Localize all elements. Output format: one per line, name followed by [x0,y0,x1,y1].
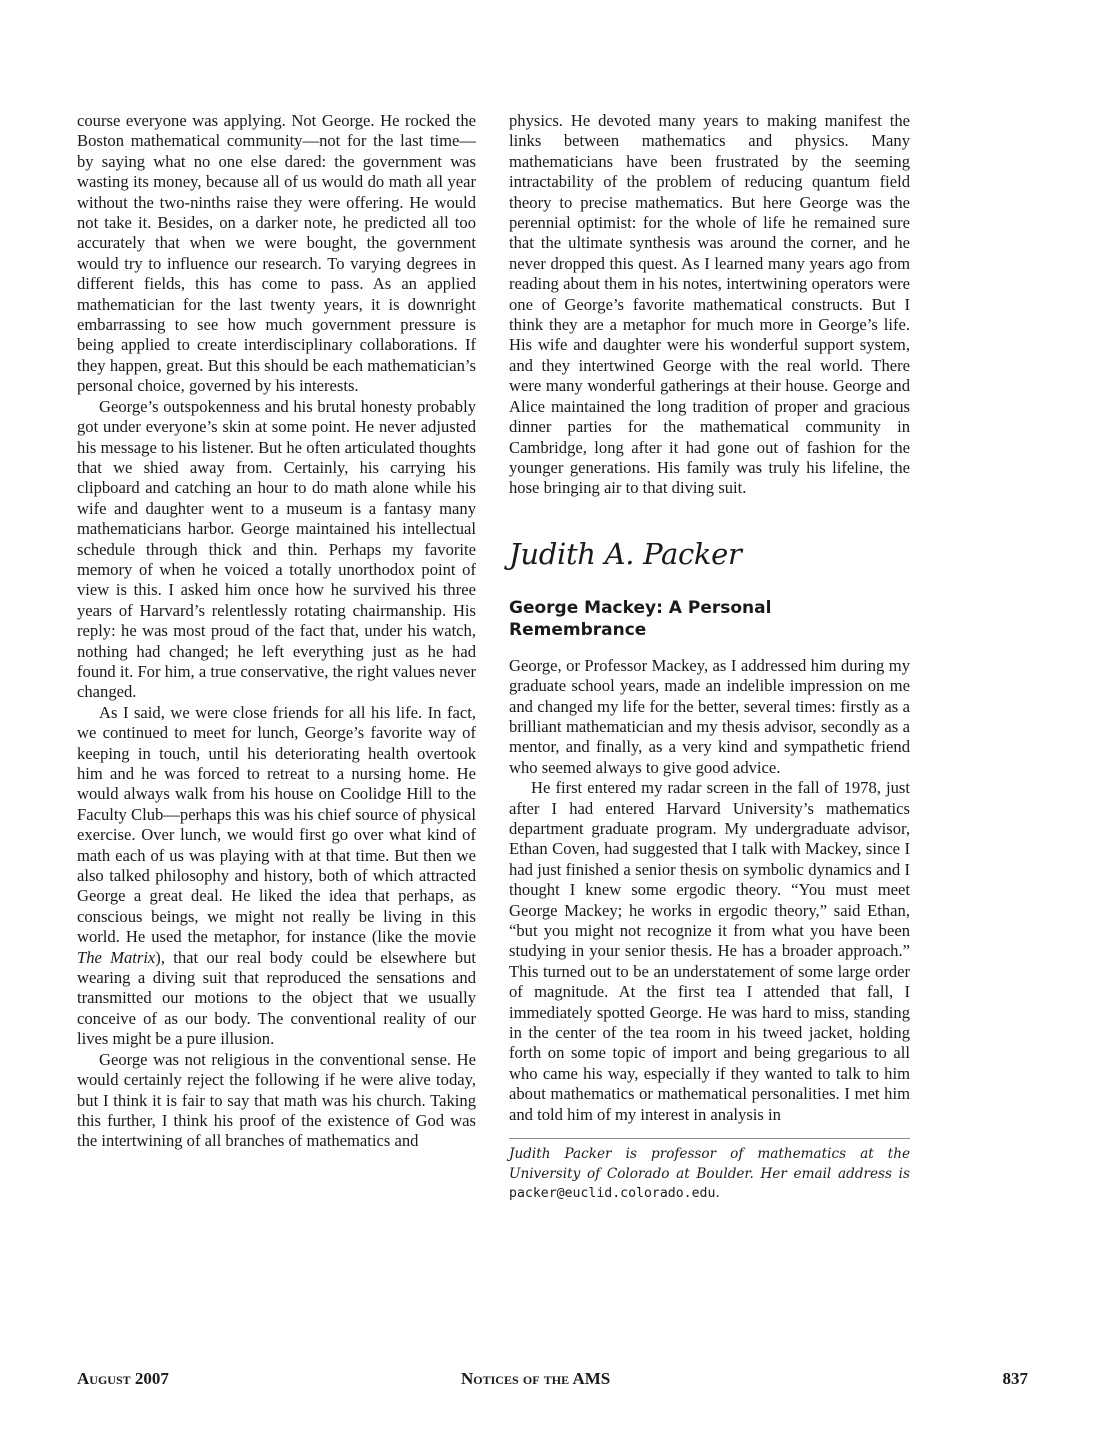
email-link[interactable]: packer@euclid.colorado.edu [509,1186,715,1201]
page-number: 837 [1003,1369,1029,1389]
left-column: course everyone was applying. Not George… [77,111,476,1152]
journal-name: Notices of the AMS [461,1369,610,1389]
author-footnote: Judith Packer is professor of mathematic… [509,1145,910,1204]
footnote-end: . [715,1185,719,1201]
issue-date: August 2007 [77,1369,169,1389]
body-paragraph: course everyone was applying. Not George… [77,111,476,397]
body-paragraph: George’s outspokenness and his brutal ho… [77,397,476,703]
body-paragraph: He first entered my radar screen in the … [509,778,910,1125]
article-title: George Mackey: A Personal Remembrance [509,597,910,641]
body-paragraph: physics. He devoted many years to making… [509,111,910,499]
article-body: George, or Professor Mackey, as I addres… [509,656,910,1125]
body-paragraph: George was not religious in the conventi… [77,1050,476,1152]
movie-title: The Matrix [77,948,155,967]
body-paragraph: George, or Professor Mackey, as I addres… [509,656,910,778]
footnote-divider [509,1138,910,1139]
author-heading: Judith A. Packer [509,537,910,571]
right-column: physics. He devoted many years to making… [509,111,910,1204]
footnote-text: Judith Packer is professor of mathematic… [509,1146,910,1182]
page-footer: August 2007 Notices of the AMS 837 [77,1369,1028,1393]
body-text: As I said, we were close friends for all… [77,703,476,946]
body-paragraph: As I said, we were close friends for all… [77,703,476,1050]
